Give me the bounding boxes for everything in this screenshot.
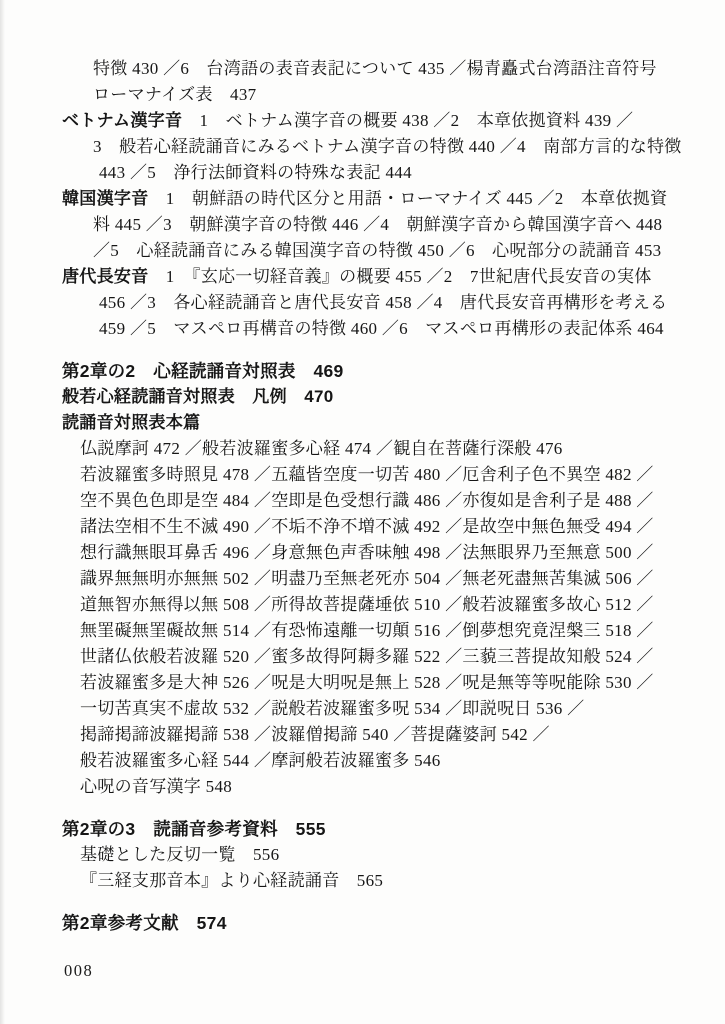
book-page: 特徴 430 ／6 台湾語の表音表記について 435 ／楊青矗式台湾語注音符号ロ… xyxy=(0,0,725,1024)
toc-line: 3 般若心経読誦音にみるベトナム漢字音の特徴 440 ／4 南部方言的な特徴 xyxy=(62,134,682,160)
toc-line: 般若心経読誦音対照表 凡例 470 xyxy=(62,384,682,410)
toc-entry-term: 唐代長安音 xyxy=(62,267,149,286)
toc-entry-text: 1 朝鮮語の時代区分と用語・ローマナイズ 445 ／2 本章依拠資 xyxy=(149,189,668,208)
toc-line: 一切苦真実不虚故 532 ／説般若波羅蜜多呪 534 ／即説呪日 536 ／ xyxy=(62,696,682,722)
toc-entry-text: 1 『玄応一切経音義』の概要 455 ／2 7世紀唐代長安音の実体 xyxy=(149,267,652,286)
toc-line: 第2章の2 心経読誦音対照表 469 xyxy=(62,358,682,384)
toc-line: 459 ／5 マスペロ再構音の特徴 460 ／6 マスペロ再構形の表記体系 46… xyxy=(62,316,682,342)
toc-line: 443 ／5 浄行法師資料の特殊な表記 444 xyxy=(62,160,682,186)
toc-line: 道無智亦無得以無 508 ／所得故菩提薩埵依 510 ／般若波羅蜜多故心 512… xyxy=(62,592,682,618)
toc-line: 世諸仏依般若波羅 520 ／蜜多故得阿耨多羅 522 ／三藐三菩提故知般 524… xyxy=(62,644,682,670)
toc-line: 第2章の3 読誦音参考資料 555 xyxy=(62,816,682,842)
toc-entry-term: 韓国漢字音 xyxy=(62,189,149,208)
toc-line: ローマナイズ表 437 xyxy=(62,82,682,108)
toc-line: 無罣礙無罣礙故無 514 ／有恐怖遠離一切顛 516 ／倒夢想究竟涅槃三 518… xyxy=(62,618,682,644)
toc-line: ベトナム漢字音 1 ベトナム漢字音の概要 438 ／2 本章依拠資料 439 ／ xyxy=(62,108,682,134)
toc-line: 般若波羅蜜多心経 544 ／摩訶般若波羅蜜多 546 xyxy=(62,748,682,774)
toc-line: 『三経支那音本』より心経読誦音 565 xyxy=(62,868,682,894)
toc-block-chapter-2-3: 第2章の3 読誦音参考資料 555基礎とした反切一覧 556『三経支那音本』より… xyxy=(62,816,682,894)
toc-line: 諸法空相不生不滅 490 ／不垢不浄不増不滅 492 ／是故空中無色無受 494… xyxy=(62,514,682,540)
toc-line: 掲諦掲諦波羅掲諦 538 ／波羅僧掲諦 540 ／菩提薩婆訶 542 ／ xyxy=(62,722,682,748)
toc-line: 特徴 430 ／6 台湾語の表音表記について 435 ／楊青矗式台湾語注音符号 xyxy=(62,56,682,82)
toc-line: 心呪の音写漢字 548 xyxy=(62,774,682,800)
toc-line: 若波羅蜜多是大神 526 ／呪是大明呪是無上 528 ／呪是無等等呪能除 530… xyxy=(62,670,682,696)
toc-line: 唐代長安音 1 『玄応一切経音義』の概要 455 ／2 7世紀唐代長安音の実体 xyxy=(62,264,682,290)
toc-line: 識界無無明亦無無 502 ／明盡乃至無老死亦 504 ／無老死盡無苦集滅 506… xyxy=(62,566,682,592)
toc-line: 韓国漢字音 1 朝鮮語の時代区分と用語・ローマナイズ 445 ／2 本章依拠資 xyxy=(62,186,682,212)
toc-block-chapter-2-1-continuation: 特徴 430 ／6 台湾語の表音表記について 435 ／楊青矗式台湾語注音符号ロ… xyxy=(62,56,682,342)
page-number: 008 xyxy=(64,961,93,981)
toc-entry-term: ベトナム漢字音 xyxy=(62,111,182,130)
toc-line: 料 445 ／3 朝鮮漢字音の特徴 446 ／4 朝鮮漢字音から韓国漢字音へ 4… xyxy=(62,212,682,238)
table-of-contents: 特徴 430 ／6 台湾語の表音表記について 435 ／楊青矗式台湾語注音符号ロ… xyxy=(62,56,682,936)
toc-line: 基礎とした反切一覧 556 xyxy=(62,842,682,868)
toc-line: 仏説摩訶 472 ／般若波羅蜜多心経 474 ／観自在菩薩行深般 476 xyxy=(62,436,682,462)
toc-block-chapter-2-references: 第2章参考文献 574 xyxy=(62,910,682,936)
toc-line: 第2章参考文献 574 xyxy=(62,910,682,936)
toc-line: 読誦音対照表本篇 xyxy=(62,410,682,436)
toc-line: 空不異色色即是空 484 ／空即是色受想行識 486 ／亦復如是舎利子是 488… xyxy=(62,488,682,514)
toc-line: 想行識無眼耳鼻舌 496 ／身意無色声香味触 498 ／法無眼界乃至無意 500… xyxy=(62,540,682,566)
toc-block-chapter-2-2: 第2章の2 心経読誦音対照表 469般若心経読誦音対照表 凡例 470読誦音対照… xyxy=(62,358,682,800)
toc-line: ／5 心経読誦音にみる韓国漢字音の特徴 450 ／6 心呪部分の読誦音 453 xyxy=(62,238,682,264)
toc-entry-text: 1 ベトナム漢字音の概要 438 ／2 本章依拠資料 439 ／ xyxy=(182,111,633,130)
toc-line: 456 ／3 各心経読誦音と唐代長安音 458 ／4 唐代長安音再構形を考える xyxy=(62,290,682,316)
toc-line: 若波羅蜜多時照見 478 ／五蘊皆空度一切苦 480 ／厄舎利子色不異空 482… xyxy=(62,462,682,488)
